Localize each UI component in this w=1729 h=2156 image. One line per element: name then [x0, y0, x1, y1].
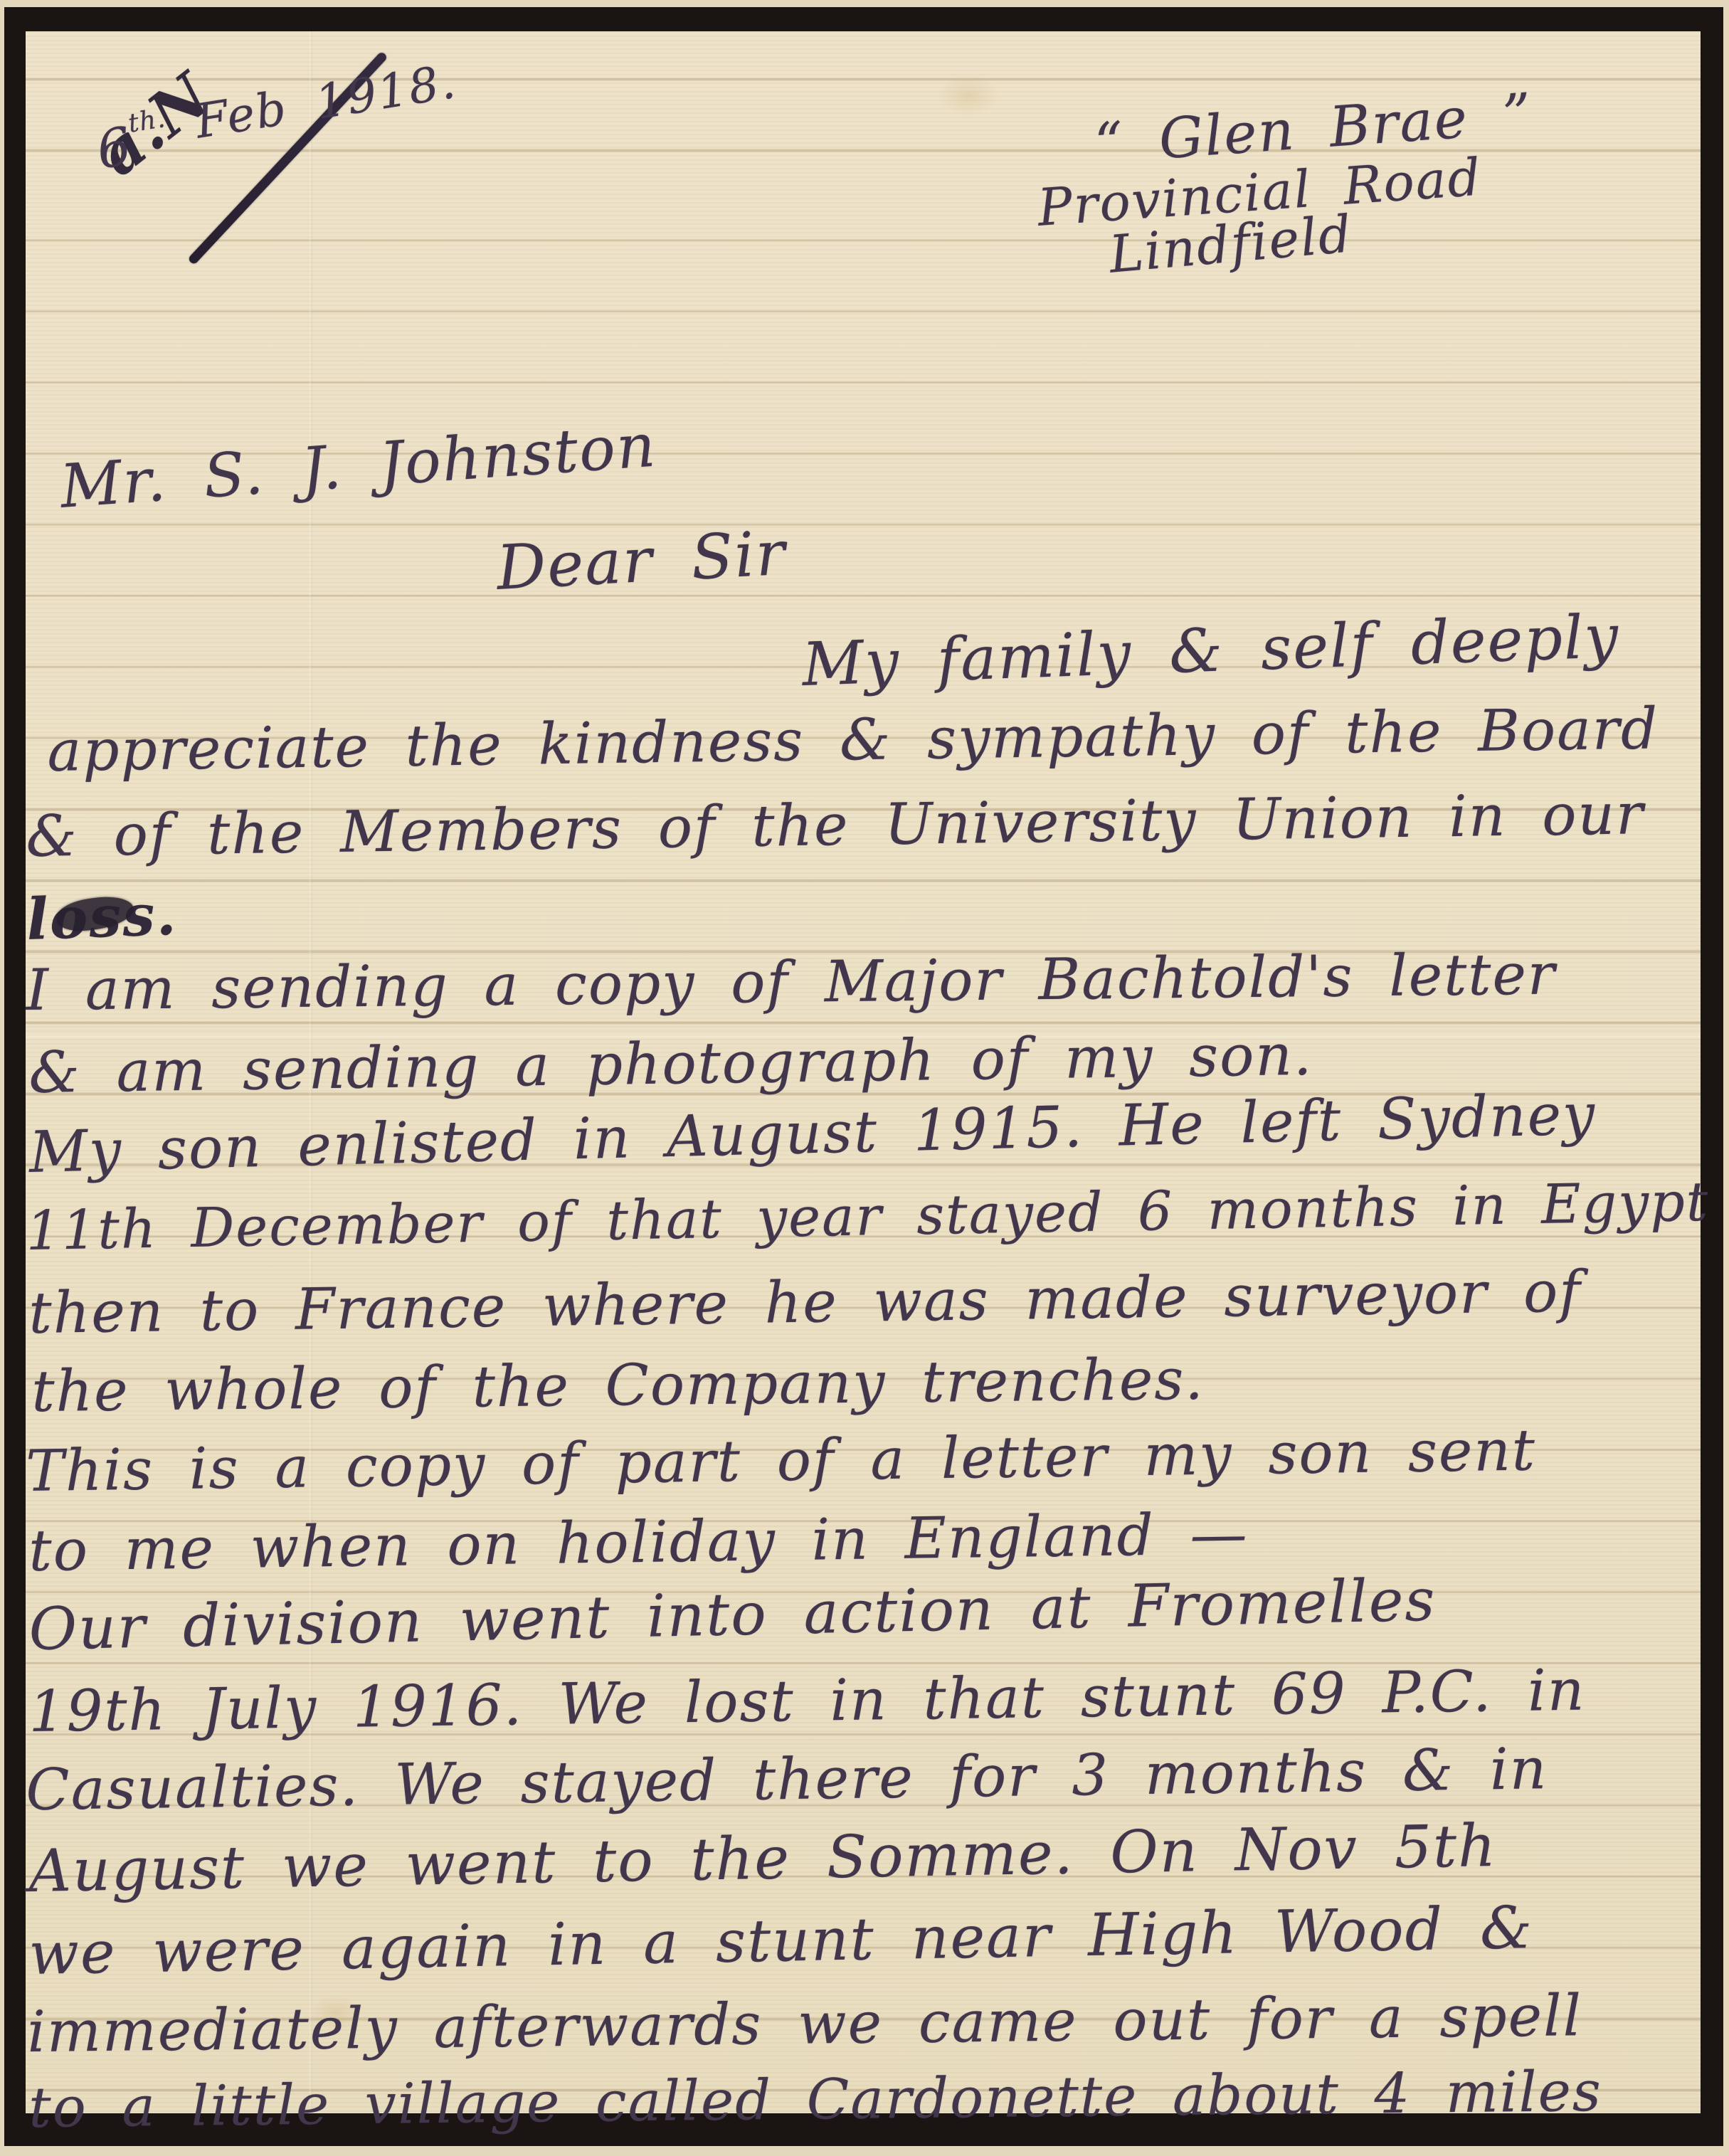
body-line: to a little village called Cardonette ab… [28, 2064, 1602, 2136]
date-month-year: Feb 1918. [191, 54, 460, 149]
recipient-line: Mr. S. J. Johnston [58, 415, 658, 516]
letter-paper: a.N 6th. Feb 1918. “ Glen Brae ” Provinc… [26, 31, 1701, 2113]
body-line: My family & self deeply [801, 606, 1620, 694]
salutation-line: Dear Sir [495, 523, 788, 599]
photo-mount-frame: a.N 6th. Feb 1918. “ Glen Brae ” Provinc… [4, 7, 1723, 2146]
body-line: appreciate the kindness & sympathy of th… [47, 700, 1659, 780]
body-line: This is a copy of part of a letter my so… [26, 1422, 1537, 1500]
paper-stain [936, 74, 1000, 117]
body-line: Our division went into action at Fromell… [28, 1572, 1437, 1659]
body-line: we were again in a stunt near High Wood … [28, 1899, 1534, 1984]
body-line: & am sending a photograph of my son. [28, 1027, 1313, 1101]
body-line: 11th December of that year stayed 6 mont… [26, 1175, 1710, 1258]
body-line: the whole of the Company trenches. [31, 1351, 1205, 1420]
body-line: August we went to the Somme. On Nov 5th [28, 1817, 1498, 1901]
body-line: immediately afterwards we came out for a… [27, 1987, 1583, 2061]
body-line: 19th July 1916. We lost in that stunt 69… [28, 1661, 1586, 1740]
body-line: I am sending a copy of Major Bachtold's … [26, 946, 1556, 1019]
body-line: then to France where he was made surveyo… [28, 1264, 1582, 1342]
scanned-letter-page: a.N 6th. Feb 1918. “ Glen Brae ” Provinc… [0, 0, 1729, 2156]
body-line: & of the Members of the University Union… [26, 786, 1645, 865]
body-line: to me when on holiday in England — [28, 1506, 1249, 1580]
body-line: Casualties. We stayed there for 3 months… [26, 1740, 1548, 1819]
letter-date: 6th. Feb 1918. [91, 54, 460, 163]
date-ordinal: th. [126, 102, 168, 139]
